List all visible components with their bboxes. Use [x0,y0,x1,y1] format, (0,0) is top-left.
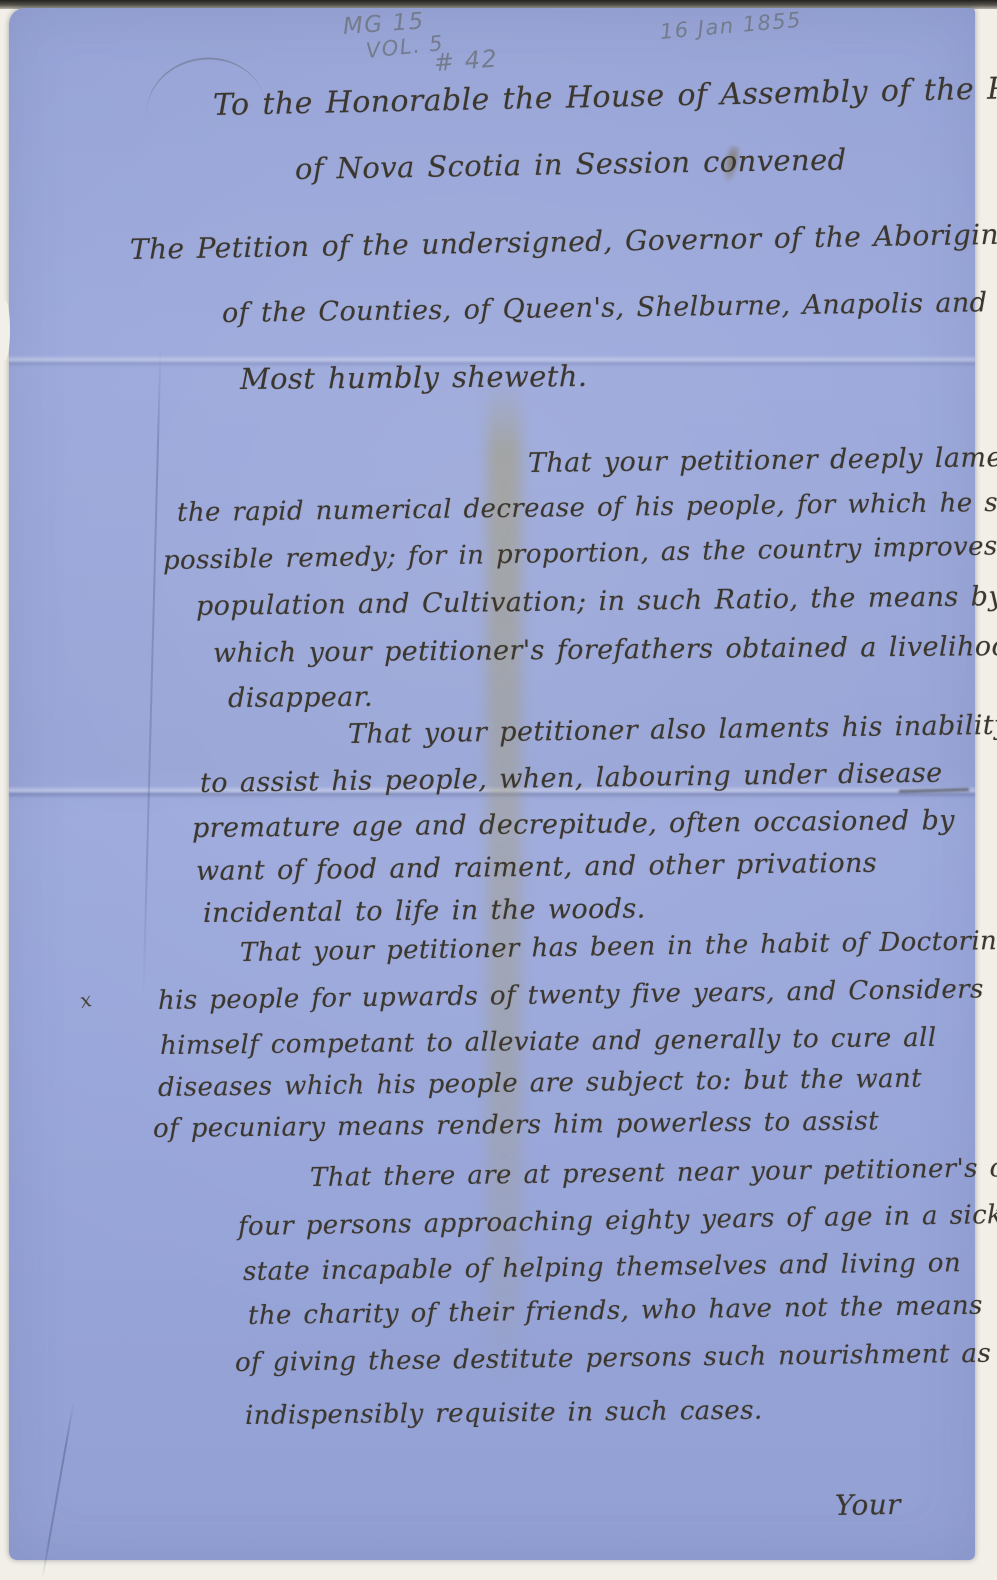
manuscript-line-27: indispensibly requisite in such cases. [245,1396,763,1431]
manuscript-line-28: Your [835,1488,902,1522]
manuscript-line-6: That your petitioner deeply laments [528,442,997,479]
manuscript-line-16: incidental to life in the woods. [203,893,646,929]
left-vertical-crease [142,346,161,996]
paper-edge-notch [0,300,10,360]
pencil-note-item-number: # 42 [433,45,499,77]
bottom-left-diagonal-crease [41,1401,74,1579]
vertical-stain [487,380,521,1390]
document-scan: x MG 15VOL. 5# 4216 Jan 1855 To the Hono… [0,0,997,1580]
manuscript-line-5: Most humbly sheweth. [240,359,588,396]
manuscript-line-11: disappear. [228,682,373,714]
